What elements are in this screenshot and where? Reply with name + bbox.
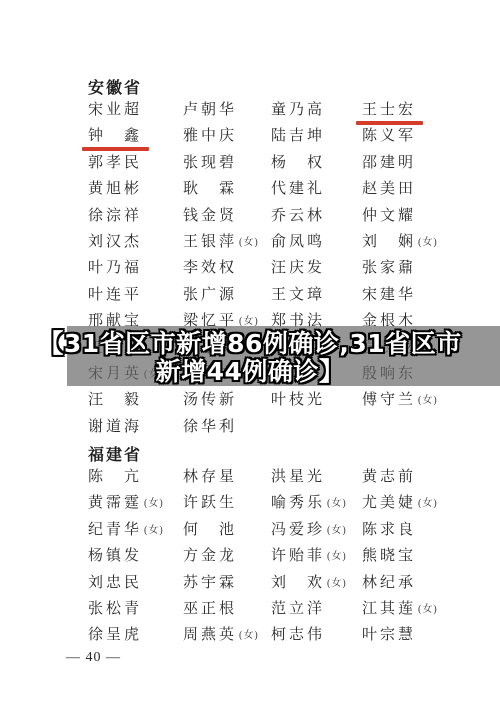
person-name: 王士宏 [362, 100, 416, 120]
person-name-text: 何 池 [183, 522, 237, 538]
person-name-text: 许跃生 [183, 495, 237, 511]
person-name: 黄旭彬 [88, 179, 142, 199]
person-name-text: 陈 亢 [88, 469, 142, 485]
person-name: 钟 鑫 [88, 126, 142, 146]
person-name: 范立洋 [271, 599, 325, 619]
person-name-text: 江其莲 [362, 601, 416, 617]
person-name: 耿 霖 [183, 179, 237, 199]
person-name-text: 叶连平 [88, 287, 142, 303]
person-name-text: 喻秀乐 [271, 495, 325, 511]
person-name-text: 林纪承 [362, 575, 416, 591]
person-name: 刘忠民 [88, 573, 142, 593]
person-name: 宋建华 [362, 285, 416, 305]
person-name: 陈求良 [362, 520, 416, 540]
person-name-text: 纪青华 [88, 522, 142, 538]
person-name: 江其莲(女) [362, 599, 438, 620]
female-marker: (女) [418, 237, 438, 248]
female-marker: (女) [327, 498, 347, 509]
female-marker: (女) [327, 551, 347, 562]
person-name: 熊晓宝 [362, 546, 416, 566]
person-name: 汪庆发 [271, 258, 325, 278]
person-name: 汪 毅 [88, 390, 142, 410]
person-name: 谢道海 [88, 417, 142, 437]
female-marker: (女) [418, 395, 438, 406]
person-name-text: 李效权 [183, 260, 237, 276]
person-name: 叶宗慧 [362, 625, 416, 645]
person-name-text: 王文璋 [271, 287, 325, 303]
person-name-text: 雅中庆 [183, 128, 237, 144]
person-name-text: 叶枝光 [271, 392, 325, 408]
person-name: 何 池 [183, 520, 237, 540]
person-name: 王文璋 [271, 285, 325, 305]
person-name-text: 王士宏 [362, 102, 416, 118]
person-name: 黄志前 [362, 467, 416, 487]
person-name-text: 徐呈虎 [88, 627, 142, 643]
person-name-text: 钱金贤 [183, 208, 237, 224]
person-name: 陈义军 [362, 126, 416, 146]
person-name: 汤传新 [183, 390, 237, 410]
person-name-text: 谢道海 [88, 419, 142, 435]
person-name-text: 陈求良 [362, 522, 416, 538]
person-name-text: 乔云林 [271, 208, 325, 224]
person-name-text: 黄志前 [362, 469, 416, 485]
female-marker: (女) [327, 578, 347, 589]
person-name-text: 徐华利 [183, 419, 237, 435]
person-name: 叶枝光 [271, 390, 325, 410]
female-marker: (女) [144, 525, 164, 536]
person-name: 俞凤鸣 [271, 232, 325, 252]
female-marker: (女) [239, 630, 259, 641]
female-marker: (女) [239, 237, 259, 248]
red-underline [356, 121, 423, 125]
person-name: 陈 亢 [88, 467, 142, 487]
document-page: 安徽省宋业超卢朝华童乃高王士宏钟 鑫雅中庆陆吉坤陈义军郭孝民张现碧杨 权邵建明黄… [0, 0, 500, 714]
person-name: 苏宇霖 [183, 573, 237, 593]
person-name-text: 代建礼 [271, 181, 325, 197]
person-name-text: 黄霈霆 [88, 495, 142, 511]
person-name: 刘 娴(女) [362, 232, 438, 253]
headline-line2: 新增44例确诊】 [0, 358, 500, 386]
female-marker: (女) [144, 498, 164, 509]
person-name: 林纪承 [362, 573, 416, 593]
person-name-text: 仲文耀 [362, 208, 416, 224]
person-name-text: 郭孝民 [88, 155, 142, 171]
person-name: 宋业超 [88, 100, 142, 120]
person-name-text: 林存星 [183, 469, 237, 485]
person-name: 刘 欢(女) [271, 573, 347, 594]
person-name: 洪星光 [271, 467, 325, 487]
person-name-text: 张广源 [183, 287, 237, 303]
person-name: 柯志伟 [271, 625, 325, 645]
person-name-text: 赵美田 [362, 181, 416, 197]
person-name: 刘汉杰 [88, 232, 142, 252]
person-name: 林存星 [183, 467, 237, 487]
person-name: 纪青华(女) [88, 520, 164, 541]
person-name-text: 张家鼐 [362, 260, 416, 276]
person-name: 喻秀乐(女) [271, 493, 347, 514]
person-name: 徐淙祥 [88, 206, 142, 226]
person-name-text: 王银萍 [183, 234, 237, 250]
person-name: 郭孝民 [88, 153, 142, 173]
person-name: 徐华利 [183, 417, 237, 437]
person-name-text: 宋业超 [88, 102, 142, 118]
section-title: 安徽省 [88, 75, 142, 98]
person-name: 张广源 [183, 285, 237, 305]
person-name: 杨镇发 [88, 546, 142, 566]
person-name: 陆吉坤 [271, 126, 325, 146]
person-name-text: 许贻菲 [271, 548, 325, 564]
person-name: 邵建明 [362, 153, 416, 173]
person-name: 许跃生 [183, 493, 237, 513]
person-name: 张松青 [88, 599, 142, 619]
person-name: 叶连平 [88, 285, 142, 305]
person-name-text: 柯志伟 [271, 627, 325, 643]
person-name-text: 尤美婕 [362, 495, 416, 511]
person-name-text: 黄旭彬 [88, 181, 142, 197]
person-name: 方金龙 [183, 546, 237, 566]
person-name: 雅中庆 [183, 126, 237, 146]
person-name: 代建礼 [271, 179, 325, 199]
person-name: 傅守兰(女) [362, 390, 438, 411]
person-name-text: 叶乃福 [88, 260, 142, 276]
person-name: 叶乃福 [88, 258, 142, 278]
person-name-text: 童乃高 [271, 102, 325, 118]
person-name-text: 刘汉杰 [88, 234, 142, 250]
person-name-text: 刘 欢 [271, 575, 325, 591]
section-title: 福建省 [88, 442, 142, 465]
person-name-text: 杨 权 [271, 155, 325, 171]
person-name-text: 巫正根 [183, 601, 237, 617]
person-name-text: 刘忠民 [88, 575, 142, 591]
person-name-text: 汪 毅 [88, 392, 142, 408]
person-name: 乔云林 [271, 206, 325, 226]
person-name-text: 耿 霖 [183, 181, 237, 197]
person-name: 尤美婕(女) [362, 493, 438, 514]
person-name-text: 卢朝华 [183, 102, 237, 118]
person-name: 童乃高 [271, 100, 325, 120]
person-name: 徐呈虎 [88, 625, 142, 645]
person-name-text: 俞凤鸣 [271, 234, 325, 250]
person-name: 张家鼐 [362, 258, 416, 278]
person-name-text: 陈义军 [362, 128, 416, 144]
person-name: 仲文耀 [362, 206, 416, 226]
person-name-text: 张现碧 [183, 155, 237, 171]
person-name-text: 张松青 [88, 601, 142, 617]
person-name-text: 方金龙 [183, 548, 237, 564]
person-name: 赵美田 [362, 179, 416, 199]
person-name-text: 钟 鑫 [88, 128, 142, 144]
person-name: 冯爱珍(女) [271, 520, 347, 541]
person-name: 王银萍(女) [183, 232, 259, 253]
person-name-text: 汪庆发 [271, 260, 325, 276]
person-name: 巫正根 [183, 599, 237, 619]
person-name-text: 徐淙祥 [88, 208, 142, 224]
person-name-text: 汤传新 [183, 392, 237, 408]
person-name-text: 刘 娴 [362, 234, 416, 250]
person-name: 李效权 [183, 258, 237, 278]
female-marker: (女) [418, 498, 438, 509]
person-name-text: 傅守兰 [362, 392, 416, 408]
female-marker: (女) [327, 525, 347, 536]
person-name-text: 宋建华 [362, 287, 416, 303]
person-name-text: 陆吉坤 [271, 128, 325, 144]
headline-line1: 【31省区市新增86例确诊,31省区市 [0, 330, 500, 358]
person-name: 周燕英(女) [183, 625, 259, 646]
person-name-text: 杨镇发 [88, 548, 142, 564]
person-name-text: 周燕英 [183, 627, 237, 643]
person-name-text: 洪星光 [271, 469, 325, 485]
person-name-text: 苏宇霖 [183, 575, 237, 591]
person-name: 杨 权 [271, 153, 325, 173]
person-name: 张现碧 [183, 153, 237, 173]
person-name-text: 冯爱珍 [271, 522, 325, 538]
person-name-text: 叶宗慧 [362, 627, 416, 643]
person-name-text: 邵建明 [362, 155, 416, 171]
person-name: 黄霈霆(女) [88, 493, 164, 514]
red-underline [82, 147, 149, 151]
page-number: — 40 — [66, 650, 121, 666]
female-marker: (女) [418, 604, 438, 615]
person-name-text: 范立洋 [271, 601, 325, 617]
person-name: 许贻菲(女) [271, 546, 347, 567]
person-name-text: 熊晓宝 [362, 548, 416, 564]
person-name: 卢朝华 [183, 100, 237, 120]
person-name: 钱金贤 [183, 206, 237, 226]
